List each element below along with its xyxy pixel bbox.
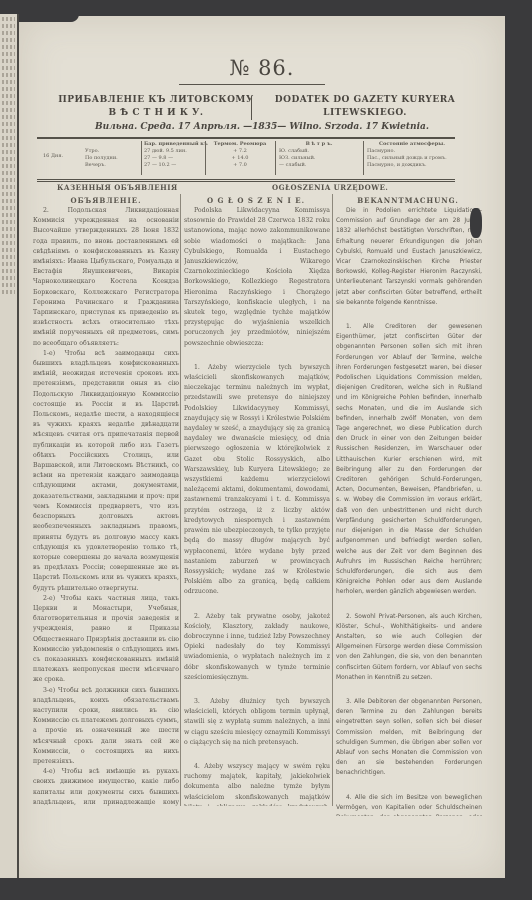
barometer-value: 27 — 10.2 — (144, 162, 208, 169)
masthead-rule (179, 84, 325, 85)
title-separator (251, 96, 252, 120)
paragraph: 4-е) Чтобы всѣ имѣющіе въ рукахъ своихъ … (33, 767, 179, 806)
barometer-column: Бар. приведенный къ 27 дюй. 9.5 лин. 27 … (144, 141, 208, 169)
scan-background-bottom (0, 878, 532, 900)
weather-day: 16 Дня. (43, 153, 63, 160)
column-polish: Podolska Likwidacyyna Kommissya stosowni… (184, 206, 330, 806)
wind-value: Ю. слабый. (279, 148, 359, 155)
weather-times: Утро. По полудни. Вечеръ. (85, 148, 118, 169)
paragraph: 1. Ażeby wierzyciele tych bywszych właśc… (184, 363, 330, 598)
paragraph: Podolska Likwidacyyna Kommissya stosowni… (184, 206, 330, 349)
thermometer-header: Термом. Реомюра (209, 141, 271, 148)
thermometer-value: + 7.2 (209, 148, 271, 155)
column-russian: 2. Подольская Ликвидаціонная Коммисія уч… (33, 206, 179, 806)
title-russian: ПРИБАВЛЕНІЕ КЪ ЛИТОВСКОМУ В Ѣ С Т Н И К … (57, 94, 255, 120)
column-german: Die in Podolien errichtete Liquidations-… (336, 206, 482, 816)
wind-column: В ѣ т р ъ. Ю. слабый. ЮЗ. сильный. — сла… (279, 141, 359, 169)
wind-value: ЮЗ. сильный. (279, 155, 359, 162)
time-noon: По полудни. (85, 155, 118, 162)
title-ru-line2: В Ѣ С Т Н И К У. (57, 107, 255, 120)
barometer-header: Бар. приведенный къ (144, 141, 208, 148)
dateline: Вильна. Среда. 17 Апрѣля. —1835— Wilno. … (19, 122, 505, 132)
sky-value: Пасмурно. (367, 148, 457, 155)
thermometer-column: Термом. Реомюра + 7.2 + 14.0 + 7.0 (209, 141, 271, 169)
paragraph: 4. Alle die sich im Besitze von beweglic… (336, 793, 482, 816)
sky-column: Состояніе атмосферы. Пасмурно. Пас., сил… (367, 141, 457, 169)
torn-corner (19, 10, 79, 22)
column-title-german: BEKANNTMACHUNG. (335, 196, 481, 205)
issue-number: № 86. (19, 56, 505, 80)
newspaper-page: № 86. ПРИБАВЛЕНІЕ КЪ ЛИТОВСКОМУ В Ѣ С Т … (19, 16, 505, 878)
paragraph: 2. Ażeby tak prywatne osoby, jakoteż Koś… (184, 612, 330, 683)
sky-value: Пас., сильный дождь и громъ. (367, 155, 457, 162)
title-polish: DODATEK DO GAZETY KURYERA LITEWSKIEGO. (267, 94, 463, 120)
title-pl-line2: LITEWSKIEGO. (267, 107, 463, 120)
paragraph: 4. Ażeby wszyscy mający w swém ręku ruch… (184, 762, 330, 806)
paragraph: 1-е) Чтобы всѣ заимодавцы сихъ бывшихъ в… (33, 349, 179, 594)
wind-header: В ѣ т р ъ. (279, 141, 359, 148)
ink-smudge (470, 208, 482, 238)
title-pl-line1: DODATEK DO GAZETY KURYERA (267, 94, 463, 107)
paragraph: 1. Alle Creditoren der gewesenen Eigenth… (336, 322, 482, 597)
column-title-polish: O G Ł O S Z E N I E. (183, 196, 329, 205)
paragraph: 2. Подольская Ликвидаціонная Коммисія уч… (33, 206, 179, 349)
adjacent-page-strip (0, 14, 17, 900)
weather-table: 16 Дня. Утро. По полудни. Вечеръ. Бар. п… (37, 137, 455, 182)
title-ru-line1: ПРИБАВЛЕНІЕ КЪ ЛИТОВСКОМУ (57, 94, 255, 107)
paragraph: 2-е) Чтобы какъ частныя лица, такъ Церкв… (33, 594, 179, 686)
sky-header: Состояніе атмосферы. (367, 141, 457, 148)
barometer-value: 27 дюй. 9.5 лин. (144, 148, 208, 155)
paragraph: 3. Ażeby dłużnicy tych bywszych właścici… (184, 697, 330, 748)
time-morning: Утро. (85, 148, 118, 155)
paragraph: 3-е) Чтобы всѣ должники сихъ бывшихъ вла… (33, 686, 179, 768)
section-header-russian: КАЗЕННЫЯ ОБЪЯВЛЕНІЯ (57, 183, 178, 192)
thermometer-value: + 7.0 (209, 162, 271, 169)
column-rule (180, 194, 181, 806)
thermometer-value: + 14.0 (209, 155, 271, 162)
column-title-russian: ОБЪЯВЛЕНІЕ. (33, 196, 179, 205)
section-header-polish: OGŁOSZENIA URZĘDOWE. (272, 183, 388, 192)
paragraph: 3. Alle Debitoren der obgenannten Person… (336, 697, 482, 779)
wind-value: — слабый. (279, 162, 359, 169)
sky-value: Пасмурно, и дождикъ. (367, 162, 457, 169)
paragraph: Die in Podolien errichtete Liquidations-… (336, 206, 482, 308)
column-rule (332, 194, 333, 806)
time-evening: Вечеръ. (85, 162, 118, 169)
paragraph: 2. Sowohl Privat-Personen, als auch Kirc… (336, 612, 482, 683)
scan-background-right (505, 16, 532, 900)
barometer-value: 27 — 9.8 — (144, 155, 208, 162)
